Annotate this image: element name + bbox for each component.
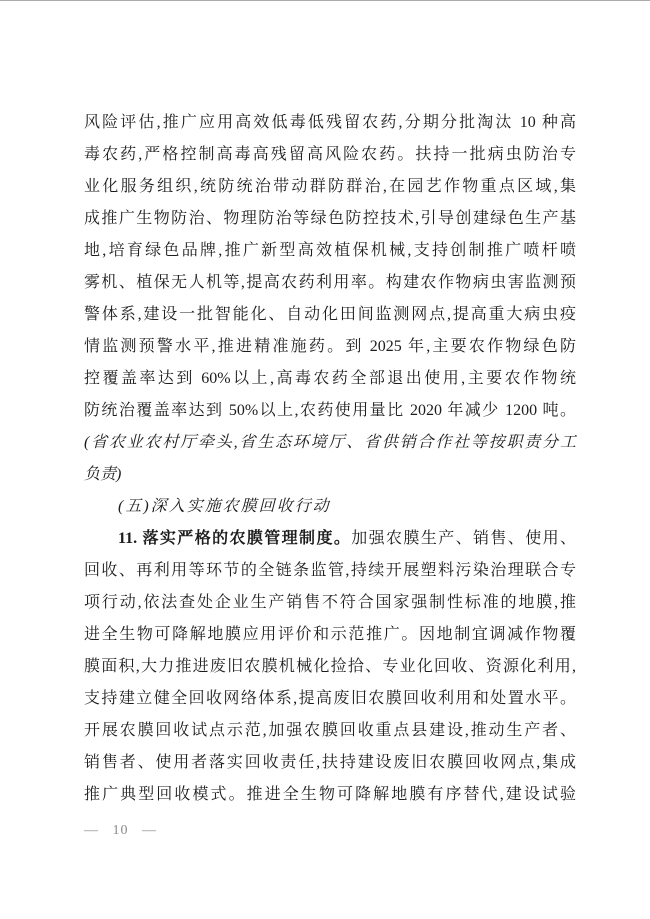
document-body: 风险评估,推广应用高效低毒低残留农药,分期分批淘汰 10 种高毒农药,严格控制高…	[84, 107, 576, 811]
run-in-heading: 11. 落实严格的农膜管理制度。	[118, 530, 351, 547]
text-line: 销售者、使用者落实回收责任,扶持建设废旧农膜回收网点,集成	[84, 747, 576, 779]
text-run: 防统治覆盖率达到 50%以上,农药使用量比 2020 年减少 1200 吨。	[84, 402, 576, 419]
text-line: 风险评估,推广应用高效低毒低残留农药,分期分批淘汰 10 种高	[84, 107, 576, 139]
text-run: 雾机、植保无人机等,提高农药利用率。构建农作物病虫害监测预	[84, 274, 576, 291]
text-run: 控覆盖率达到 60%以上,高毒农药全部退出使用,主要农作物统	[84, 370, 576, 387]
text-run: 推广典型回收模式。推进全生物可降解地膜有序替代,建设试验	[84, 786, 576, 803]
text-line: 11. 落实严格的农膜管理制度。加强农膜生产、销售、使用、	[84, 523, 576, 555]
text-line: (五)深入实施农膜回收行动	[84, 491, 576, 523]
text-line: 成推广生物防治、物理防治等绿色防控技术,引导创建绿色生产基	[84, 203, 576, 235]
text-line: 控覆盖率达到 60%以上,高毒农药全部退出使用,主要农作物统	[84, 363, 576, 395]
text-run: 成推广生物防治、物理防治等绿色防控技术,引导创建绿色生产基	[84, 210, 576, 227]
text-line: 雾机、植保无人机等,提高农药利用率。构建农作物病虫害监测预	[84, 267, 576, 299]
text-line: 地,培育绿色品牌,推广新型高效植保机械,支持创制推广喷杆喷	[84, 235, 576, 267]
text-line: 支持建立健全回收网络体系,提高废旧农膜回收利用和处置水平。	[84, 683, 576, 715]
text-line: 负责)	[84, 459, 576, 491]
text-line: 毒农药,严格控制高毒高残留高风险农药。扶持一批病虫防治专	[84, 139, 576, 171]
text-line: 警体系,建设一批智能化、自动化田间监测网点,提高重大病虫疫	[84, 299, 576, 331]
text-run: 负责)	[84, 466, 121, 483]
text-run: 进全生物可降解地膜应用评价和示范推广。因地制宜调减作物覆	[84, 626, 576, 643]
text-line: (省农业农村厅牵头,省生态环境厅、省供销合作社等按职责分工	[84, 427, 576, 459]
page-number: — 10 —	[84, 822, 157, 840]
text-run: (五)深入实施农膜回收行动	[118, 498, 331, 515]
text-run: 地,培育绿色品牌,推广新型高效植保机械,支持创制推广喷杆喷	[84, 242, 576, 259]
text-run: 加强农膜生产、销售、使用、	[351, 530, 576, 547]
text-line: 项行动,依法查处企业生产销售不符合国家强制性标准的地膜,推	[84, 587, 576, 619]
text-run: (省农业农村厅牵头,省生态环境厅、省供销合作社等按职责分工	[84, 434, 576, 451]
text-line: 膜面积,大力推进废旧农膜机械化捡拾、专业化回收、资源化利用,	[84, 651, 576, 683]
text-line: 开展农膜回收试点示范,加强农膜回收重点县建设,推动生产者、	[84, 715, 576, 747]
text-line: 回收、再利用等环节的全链条监管,持续开展塑料污染治理联合专	[84, 555, 576, 587]
text-run: 警体系,建设一批智能化、自动化田间监测网点,提高重大病虫疫	[84, 306, 576, 323]
text-run: 毒农药,严格控制高毒高残留高风险农药。扶持一批病虫防治专	[84, 146, 576, 163]
text-run: 膜面积,大力推进废旧农膜机械化捡拾、专业化回收、资源化利用,	[84, 658, 576, 675]
document-page: 风险评估,推广应用高效低毒低残留农药,分期分批淘汰 10 种高毒农药,严格控制高…	[0, 0, 650, 919]
text-line: 进全生物可降解地膜应用评价和示范推广。因地制宜调减作物覆	[84, 619, 576, 651]
text-run: 风险评估,推广应用高效低毒低残留农药,分期分批淘汰 10 种高	[84, 114, 576, 131]
text-run: 支持建立健全回收网络体系,提高废旧农膜回收利用和处置水平。	[84, 690, 576, 707]
text-line: 情监测预警水平,推进精准施药。到 2025 年,主要农作物绿色防	[84, 331, 576, 363]
text-run: 销售者、使用者落实回收责任,扶持建设废旧农膜回收网点,集成	[84, 754, 576, 771]
text-run: 回收、再利用等环节的全链条监管,持续开展塑料污染治理联合专	[84, 562, 576, 579]
text-run: 情监测预警水平,推进精准施药。到 2025 年,主要农作物绿色防	[84, 338, 576, 355]
page-top-edge	[0, 0, 650, 1]
text-line: 推广典型回收模式。推进全生物可降解地膜有序替代,建设试验	[84, 779, 576, 811]
text-run: 项行动,依法查处企业生产销售不符合国家强制性标准的地膜,推	[84, 594, 576, 611]
text-run: 开展农膜回收试点示范,加强农膜回收重点县建设,推动生产者、	[84, 722, 576, 739]
text-run: 业化服务组织,统防统治带动群防群治,在园艺作物重点区域,集	[84, 178, 576, 195]
text-line: 业化服务组织,统防统治带动群防群治,在园艺作物重点区域,集	[84, 171, 576, 203]
text-line: 防统治覆盖率达到 50%以上,农药使用量比 2020 年减少 1200 吨。	[84, 395, 576, 427]
